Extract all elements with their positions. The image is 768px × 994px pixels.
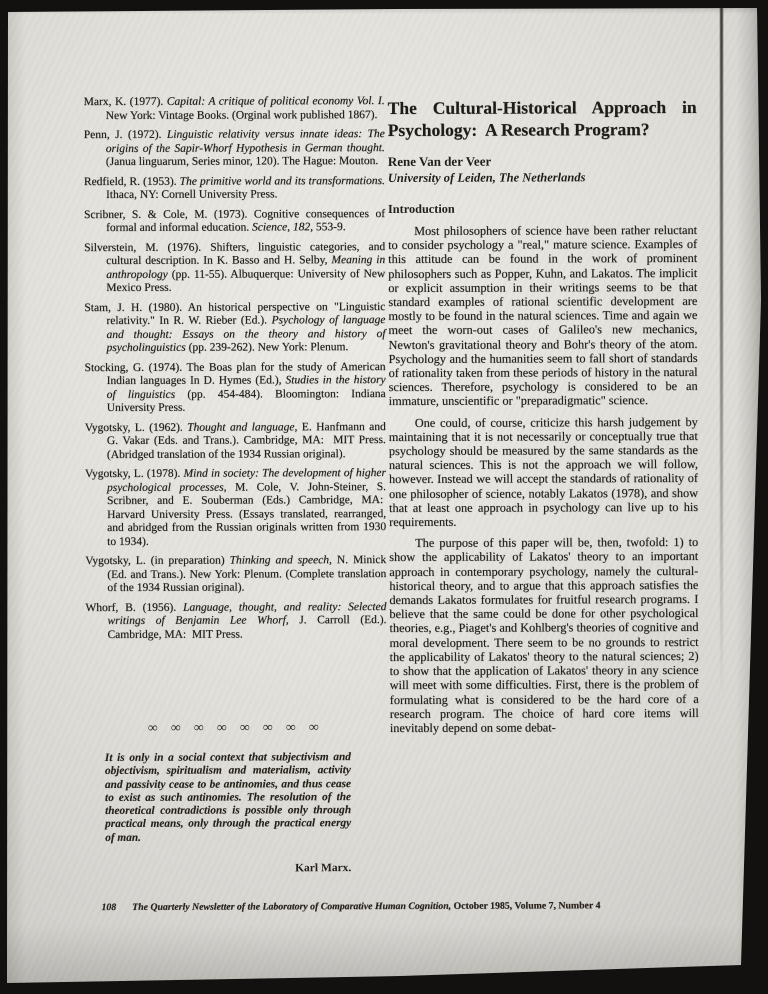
reference-item: Stam, J. H. (1980). An historical perspe… bbox=[84, 300, 385, 355]
reference-segment: Vygotsky, L. (1978). bbox=[85, 468, 184, 480]
article-paragraph-2: One could, of course, criticize this har… bbox=[389, 415, 698, 530]
reference-segment: Vygotsky, L. (1962). bbox=[85, 421, 187, 433]
section-heading-introduction: Introduction bbox=[388, 201, 697, 217]
infinity-divider: ∞ ∞ ∞ ∞ ∞ ∞ ∞ ∞ bbox=[86, 719, 386, 736]
epigraph-quote: It is only in a social context that subj… bbox=[105, 751, 351, 845]
reference-item: Silverstein, M. (1976). Shifters, lingui… bbox=[84, 240, 385, 295]
reference-segment: 553-9. bbox=[313, 221, 346, 233]
reference-segment: Marx, K. (1977). bbox=[84, 96, 167, 108]
reference-segment: Thinking and speech, bbox=[230, 554, 332, 566]
references-column: Marx, K. (1977). Capital: A critique of … bbox=[84, 95, 387, 648]
article-paragraph-1: Most philosophers of science have been r… bbox=[388, 223, 698, 409]
article-title-line1: The Cultural-Historical Approach in bbox=[388, 97, 697, 120]
page-number: 108 bbox=[101, 902, 116, 913]
article-title: The Cultural-Historical Approach in Psyc… bbox=[388, 97, 697, 141]
reference-segment: Thought and language, bbox=[187, 421, 297, 433]
reference-item: Vygotsky, L. (1962). Thought and languag… bbox=[85, 420, 386, 462]
reference-segment: New York: Vintage Books. (Orginal work p… bbox=[106, 109, 378, 122]
references-list: Marx, K. (1977). Capital: A critique of … bbox=[84, 95, 387, 642]
reference-segment: The primitive world and its transformati… bbox=[180, 174, 385, 187]
reference-segment: Vygotsky, L. (in preparation) bbox=[85, 555, 229, 568]
article-author: Rene Van der Veer bbox=[388, 153, 697, 170]
reference-segment: Capital: A critique of political economy… bbox=[167, 95, 385, 108]
reference-item: Redfield, R. (1953). The primitive world… bbox=[84, 174, 385, 202]
reference-item: Vygotsky, L. (in preparation) Thinking a… bbox=[85, 554, 386, 596]
page-footer: 108The Quarterly Newsletter of the Labor… bbox=[101, 900, 711, 913]
journal-title: The Quarterly Newsletter of the Laborato… bbox=[132, 901, 451, 913]
page-content: Marx, K. (1977). Capital: A critique of … bbox=[0, 0, 768, 994]
reference-item: Marx, K. (1977). Capital: A critique of … bbox=[84, 95, 385, 123]
article-column: The Cultural-Historical Approach in Psyc… bbox=[388, 97, 699, 735]
article-title-line2: Psychology: A Research Program? bbox=[388, 118, 697, 141]
reference-segment: Science, 182, bbox=[252, 221, 313, 233]
reference-segment: Redfield, R. (1953). bbox=[84, 175, 180, 187]
reference-segment: Ithaca, NY: Cornell University Press. bbox=[106, 188, 277, 201]
reference-segment: Penn, J. (1972). bbox=[84, 129, 167, 141]
article-affiliation: University of Leiden, The Netherlands bbox=[388, 170, 697, 186]
reference-item: Penn, J. (1972). Linguistic relativity v… bbox=[84, 128, 385, 170]
issue-info: October 1985, Volume 7, Number 4 bbox=[451, 900, 600, 912]
reference-segment: Whorf, B. (1956). bbox=[85, 601, 183, 613]
quote-attribution: Karl Marx. bbox=[105, 862, 351, 875]
scanned-page: Marx, K. (1977). Capital: A critique of … bbox=[0, 0, 768, 994]
reference-item: Scribner, S. & Cole, M. (1973). Cognitiv… bbox=[84, 207, 385, 235]
article-paragraph-3: The purpose of this paper will be, then,… bbox=[389, 535, 699, 735]
reference-item: Vygotsky, L. (1978). Mind in society: Th… bbox=[85, 467, 386, 549]
reference-item: Whorf, B. (1956). Language, thought, and… bbox=[85, 600, 386, 642]
reference-item: Stocking, G. (1974). The Boas plan for t… bbox=[85, 360, 386, 415]
reference-segment: (pp. 239-262). New York: Plenum. bbox=[186, 341, 349, 354]
reference-segment: (Janua linguarum, Series minor, 120). Th… bbox=[106, 155, 378, 168]
